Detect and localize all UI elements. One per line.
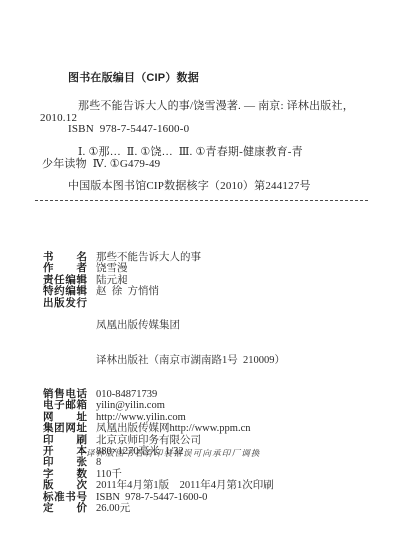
row-value: ISBN 978-7-5447-1600-0 [96,492,207,503]
colophon-row-author: 作者 饶雪漫 [43,263,373,274]
cip-record-line-1: 那些不能告诉大人的事/饶雪漫著. — 南京: 译林出版社， [78,100,354,112]
row-value: 凤凰出版传媒集团 译林出版社（南京市湖南路1号 210009） [96,298,285,389]
row-value: 北京京师印务有限公司 [96,435,201,446]
row-value: 陆元昶 [96,275,128,286]
dashed-separator [35,200,368,201]
cip-classification-line-2: 少年读物 Ⅳ. ①G479-49 [42,158,160,170]
colophon-row-sales-phone: 销售电话 010-84871739 [43,389,373,400]
colophon-row-title: 书名 那些不能告诉大人的事 [43,252,373,263]
row-value: 凤凰出版传媒网http://www.ppm.cn [96,423,250,434]
row-value: 110千 [96,469,122,480]
row-label: 出版发行 [43,298,87,309]
row-label: 版次 [43,480,87,491]
row-value: 那些不能告诉大人的事 [96,252,201,263]
cip-header: 图书在版编目（CIP）数据 [68,72,199,84]
cip-registry-line: 中国版本图书馆CIP数据核字（2010）第244127号 [68,180,311,192]
row-label: 特约编辑 [43,286,87,297]
row-value: 8 [96,457,101,468]
colophon-row-contract-editor: 特约编辑 赵 徐 方悄悄 [43,286,373,297]
copyright-page: 图书在版编目（CIP）数据 那些不能告诉大人的事/饶雪漫著. — 南京: 译林出… [0,0,400,559]
publisher-imprint-address: 译林出版社（南京市湖南路1号 210009） [96,355,285,366]
colophon-row-email: 电子邮箱 yilin@yilin.com [43,400,373,411]
colophon-row-sheets: 印张 8 [43,457,373,468]
colophon-row-edition: 版次 2011年4月第1版 2011年4月第1次印刷 [43,480,373,491]
row-value: 赵 徐 方悄悄 [96,286,159,297]
colophon-table: 书名 那些不能告诉大人的事 作者 饶雪漫 责任编辑 陆元昶 特约编辑 赵 徐 方… [43,252,373,514]
row-label: 电子邮箱 [43,400,87,411]
colophon-row-group-website: 集团网址 凤凰出版传媒网http://www.ppm.cn [43,423,373,434]
colophon-row-publisher: 出版发行 凤凰出版传媒集团 译林出版社（南京市湖南路1号 210009） [43,298,373,389]
cip-isbn-line: ISBN 978-7-5447-1600-0 [68,123,189,135]
row-value: 26.00元 [96,503,130,514]
colophon-row-responsible-editor: 责任编辑 陆元昶 [43,275,373,286]
cip-classification-line-1: Ⅰ. ①那… Ⅱ. ①饶… Ⅲ. ①青春期-健康教育-青 [78,146,303,158]
row-value: http://www.yilin.com [96,412,186,423]
row-label: 印张 [43,457,87,468]
row-label: 定价 [43,503,87,514]
misprint-exchange-note: 译林版图书若有印装错误可向承印厂调换 [86,447,261,459]
colophon-row-isbn: 标准书号 ISBN 978-7-5447-1600-0 [43,492,373,503]
colophon-row-website: 网址 http://www.yilin.com [43,412,373,423]
publisher-group: 凤凰出版传媒集团 [96,320,285,331]
row-value: yilin@yilin.com [96,400,165,411]
row-value: 010-84871739 [96,389,157,400]
colophon-row-word-count: 字数 110千 [43,469,373,480]
colophon-row-price: 定价 26.00元 [43,503,373,514]
row-value: 2011年4月第1版 2011年4月第1次印刷 [96,480,274,491]
colophon-row-printer: 印刷 北京京师印务有限公司 [43,435,373,446]
row-label: 集团网址 [43,423,87,434]
row-value: 饶雪漫 [96,263,128,274]
